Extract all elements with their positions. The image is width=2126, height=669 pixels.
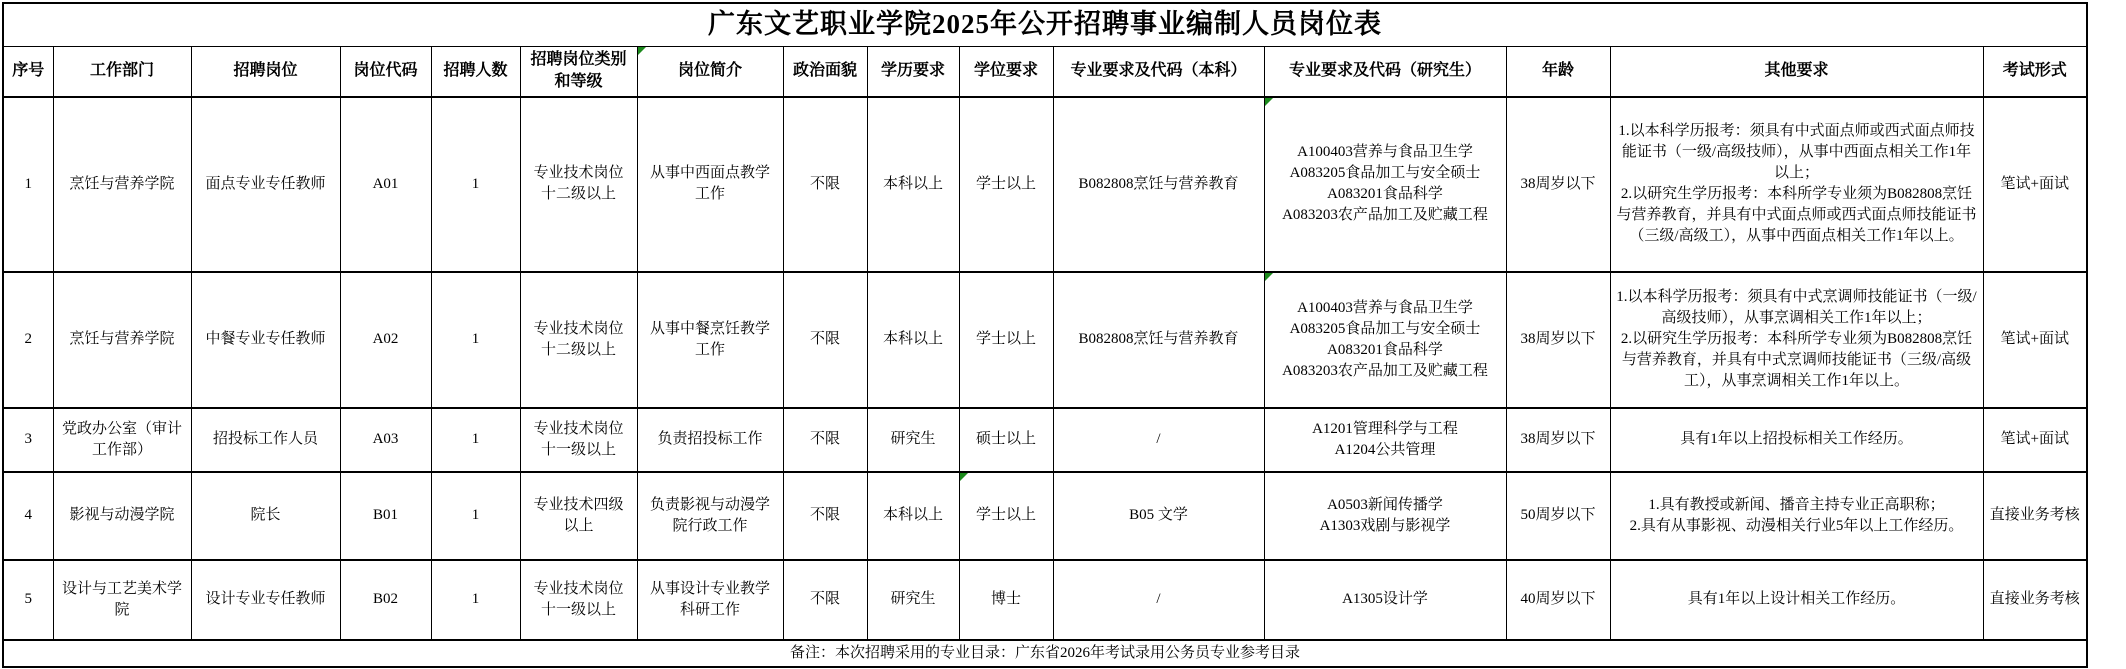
cell-r3-position-code: A03: [340, 408, 431, 472]
header-headcount: 招聘人数: [431, 46, 520, 96]
cell-r5-duties: 从事设计专业教学 科研工作: [637, 560, 783, 640]
cell-r4-department: 影视与动漫学院: [53, 472, 191, 560]
recruitment-table-sheet: 广东文艺职业学院2025年公开招聘事业编制人员岗位表 序号工作部门招聘岗位岗位代…: [0, 2, 2126, 669]
cell-r1-position: 面点专业专任教师: [191, 97, 340, 272]
cell-r1-department: 烹饪与营养学院: [53, 97, 191, 272]
note-row: 备注：本次招聘采用的专业目录：广东省2026年考试录用公务员专业参考目录: [3, 640, 2087, 667]
cell-r2-position-code: A02: [340, 272, 431, 408]
cell-r2-category-level: 专业技术岗位 十二级以上: [520, 272, 637, 408]
position-row-2: 2烹饪与营养学院中餐专业专任教师A021专业技术岗位 十二级以上从事中餐烹饪教学…: [3, 272, 2087, 408]
cell-r5-exam-form: 直接业务考核: [1983, 560, 2087, 640]
cell-r2-age: 38周岁以下: [1506, 272, 1610, 408]
cell-r1-seq: 1: [3, 97, 53, 272]
cell-r3-department: 党政办公室（审计 工作部）: [53, 408, 191, 472]
cell-r5-headcount: 1: [431, 560, 520, 640]
header-education: 学历要求: [867, 46, 959, 96]
cell-r2-degree: 学士以上: [959, 272, 1053, 408]
cell-r5-degree: 博士: [959, 560, 1053, 640]
excel-marker-icon: [1265, 273, 1273, 281]
cell-r1-political-status: 不限: [783, 97, 867, 272]
position-row-5: 5设计与工艺美术学 院设计专业专任教师B021专业技术岗位 十一级以上从事设计专…: [3, 560, 2087, 640]
header-degree: 学位要求: [959, 46, 1053, 96]
cell-r1-exam-form: 笔试+面试: [1983, 97, 2087, 272]
cell-r2-major-graduate: A100403营养与食品卫生学 A083205食品加工与安全硕士 A083201…: [1264, 272, 1506, 408]
cell-r4-category-level: 专业技术四级 以上: [520, 472, 637, 560]
header-other-requirements: 其他要求: [1610, 46, 1983, 96]
header-position: 招聘岗位: [191, 46, 340, 96]
cell-r1-age: 38周岁以下: [1506, 97, 1610, 272]
cell-r4-seq: 4: [3, 472, 53, 560]
cell-r3-position: 招投标工作人员: [191, 408, 340, 472]
header-position-code: 岗位代码: [340, 46, 431, 96]
cell-r3-age: 38周岁以下: [1506, 408, 1610, 472]
cell-r2-headcount: 1: [431, 272, 520, 408]
cell-r1-education: 本科以上: [867, 97, 959, 272]
cell-r2-major-bachelor: B082808烹饪与营养教育: [1053, 272, 1264, 408]
cell-r5-position-code: B02: [340, 560, 431, 640]
cell-r1-other-requirements: 1.以本科学历报考：须具有中式面点师或西式面点师技能证书（一级/高级技师），从事…: [1610, 97, 1983, 272]
cell-r4-position: 院长: [191, 472, 340, 560]
cell-r5-age: 40周岁以下: [1506, 560, 1610, 640]
header-political-status: 政治面貌: [783, 46, 867, 96]
cell-r5-major-bachelor: /: [1053, 560, 1264, 640]
cell-r5-category-level: 专业技术岗位 十一级以上: [520, 560, 637, 640]
header-department: 工作部门: [53, 46, 191, 96]
position-table: 广东文艺职业学院2025年公开招聘事业编制人员岗位表 序号工作部门招聘岗位岗位代…: [2, 2, 2088, 668]
cell-r2-position: 中餐专业专任教师: [191, 272, 340, 408]
column-header-row: 序号工作部门招聘岗位岗位代码招聘人数招聘岗位类别 和等级岗位简介政治面貌学历要求…: [3, 46, 2087, 96]
cell-r3-category-level: 专业技术岗位 十一级以上: [520, 408, 637, 472]
cell-r4-political-status: 不限: [783, 472, 867, 560]
position-row-1: 1烹饪与营养学院面点专业专任教师A011专业技术岗位 十二级以上从事中西面点教学…: [3, 97, 2087, 272]
cell-r4-age: 50周岁以下: [1506, 472, 1610, 560]
cell-r1-major-bachelor: B082808烹饪与营养教育: [1053, 97, 1264, 272]
cell-r3-exam-form: 笔试+面试: [1983, 408, 2087, 472]
cell-r4-headcount: 1: [431, 472, 520, 560]
cell-r4-other-requirements: 1.具有教授或新闻、播音主持专业正高职称； 2.具有从事影视、动漫相关行业5年以…: [1610, 472, 1983, 560]
excel-marker-icon: [1265, 98, 1273, 106]
cell-r4-education: 本科以上: [867, 472, 959, 560]
cell-r5-position: 设计专业专任教师: [191, 560, 340, 640]
position-row-4: 4影视与动漫学院院长B011专业技术四级 以上负责影视与动漫学 院行政工作不限本…: [3, 472, 2087, 560]
cell-r5-education: 研究生: [867, 560, 959, 640]
cell-r3-duties: 负责招投标工作: [637, 408, 783, 472]
cell-r1-major-graduate: A100403营养与食品卫生学 A083205食品加工与安全硕士 A083201…: [1264, 97, 1506, 272]
excel-marker-icon: [638, 47, 646, 55]
header-duties: 岗位简介: [637, 46, 783, 96]
cell-r4-major-bachelor: B05 文学: [1053, 472, 1264, 560]
cell-r3-other-requirements: 具有1年以上招投标相关工作经历。: [1610, 408, 1983, 472]
cell-r5-major-graduate: A1305设计学: [1264, 560, 1506, 640]
cell-r2-exam-form: 笔试+面试: [1983, 272, 2087, 408]
cell-r5-political-status: 不限: [783, 560, 867, 640]
cell-r4-duties: 负责影视与动漫学 院行政工作: [637, 472, 783, 560]
cell-r1-degree: 学士以上: [959, 97, 1053, 272]
header-major-graduate: 专业要求及代码（研究生）: [1264, 46, 1506, 96]
cell-r2-duties: 从事中餐烹饪教学 工作: [637, 272, 783, 408]
cell-r2-seq: 2: [3, 272, 53, 408]
cell-r3-headcount: 1: [431, 408, 520, 472]
cell-r4-major-graduate: A0503新闻传播学 A1303戏剧与影视学: [1264, 472, 1506, 560]
cell-r5-other-requirements: 具有1年以上设计相关工作经历。: [1610, 560, 1983, 640]
excel-marker-icon: [960, 473, 968, 481]
cell-r3-seq: 3: [3, 408, 53, 472]
cell-r5-department: 设计与工艺美术学 院: [53, 560, 191, 640]
cell-r3-major-graduate: A1201管理科学与工程 A1204公共管理: [1264, 408, 1506, 472]
page-title: 广东文艺职业学院2025年公开招聘事业编制人员岗位表: [3, 3, 2087, 46]
position-row-3: 3党政办公室（审计 工作部）招投标工作人员A031专业技术岗位 十一级以上负责招…: [3, 408, 2087, 472]
cell-r2-political-status: 不限: [783, 272, 867, 408]
header-exam-form: 考试形式: [1983, 46, 2087, 96]
cell-r1-duties: 从事中西面点教学 工作: [637, 97, 783, 272]
header-seq: 序号: [3, 46, 53, 96]
cell-r2-department: 烹饪与营养学院: [53, 272, 191, 408]
cell-r3-major-bachelor: /: [1053, 408, 1264, 472]
cell-r3-education: 研究生: [867, 408, 959, 472]
cell-r3-political-status: 不限: [783, 408, 867, 472]
cell-r4-position-code: B01: [340, 472, 431, 560]
cell-r2-other-requirements: 1.以本科学历报考：须具有中式烹调师技能证书（一级/高级技师），从事烹调相关工作…: [1610, 272, 1983, 408]
cell-r3-degree: 硕士以上: [959, 408, 1053, 472]
footer-note: 备注：本次招聘采用的专业目录：广东省2026年考试录用公务员专业参考目录: [3, 640, 2087, 667]
header-category-level: 招聘岗位类别 和等级: [520, 46, 637, 96]
title-row: 广东文艺职业学院2025年公开招聘事业编制人员岗位表: [3, 3, 2087, 46]
cell-r4-degree: 学士以上: [959, 472, 1053, 560]
header-age: 年龄: [1506, 46, 1610, 96]
cell-r4-exam-form: 直接业务考核: [1983, 472, 2087, 560]
cell-r1-headcount: 1: [431, 97, 520, 272]
cell-r1-position-code: A01: [340, 97, 431, 272]
cell-r5-seq: 5: [3, 560, 53, 640]
header-major-bachelor: 专业要求及代码（本科）: [1053, 46, 1264, 96]
cell-r2-education: 本科以上: [867, 272, 959, 408]
cell-r1-category-level: 专业技术岗位 十二级以上: [520, 97, 637, 272]
